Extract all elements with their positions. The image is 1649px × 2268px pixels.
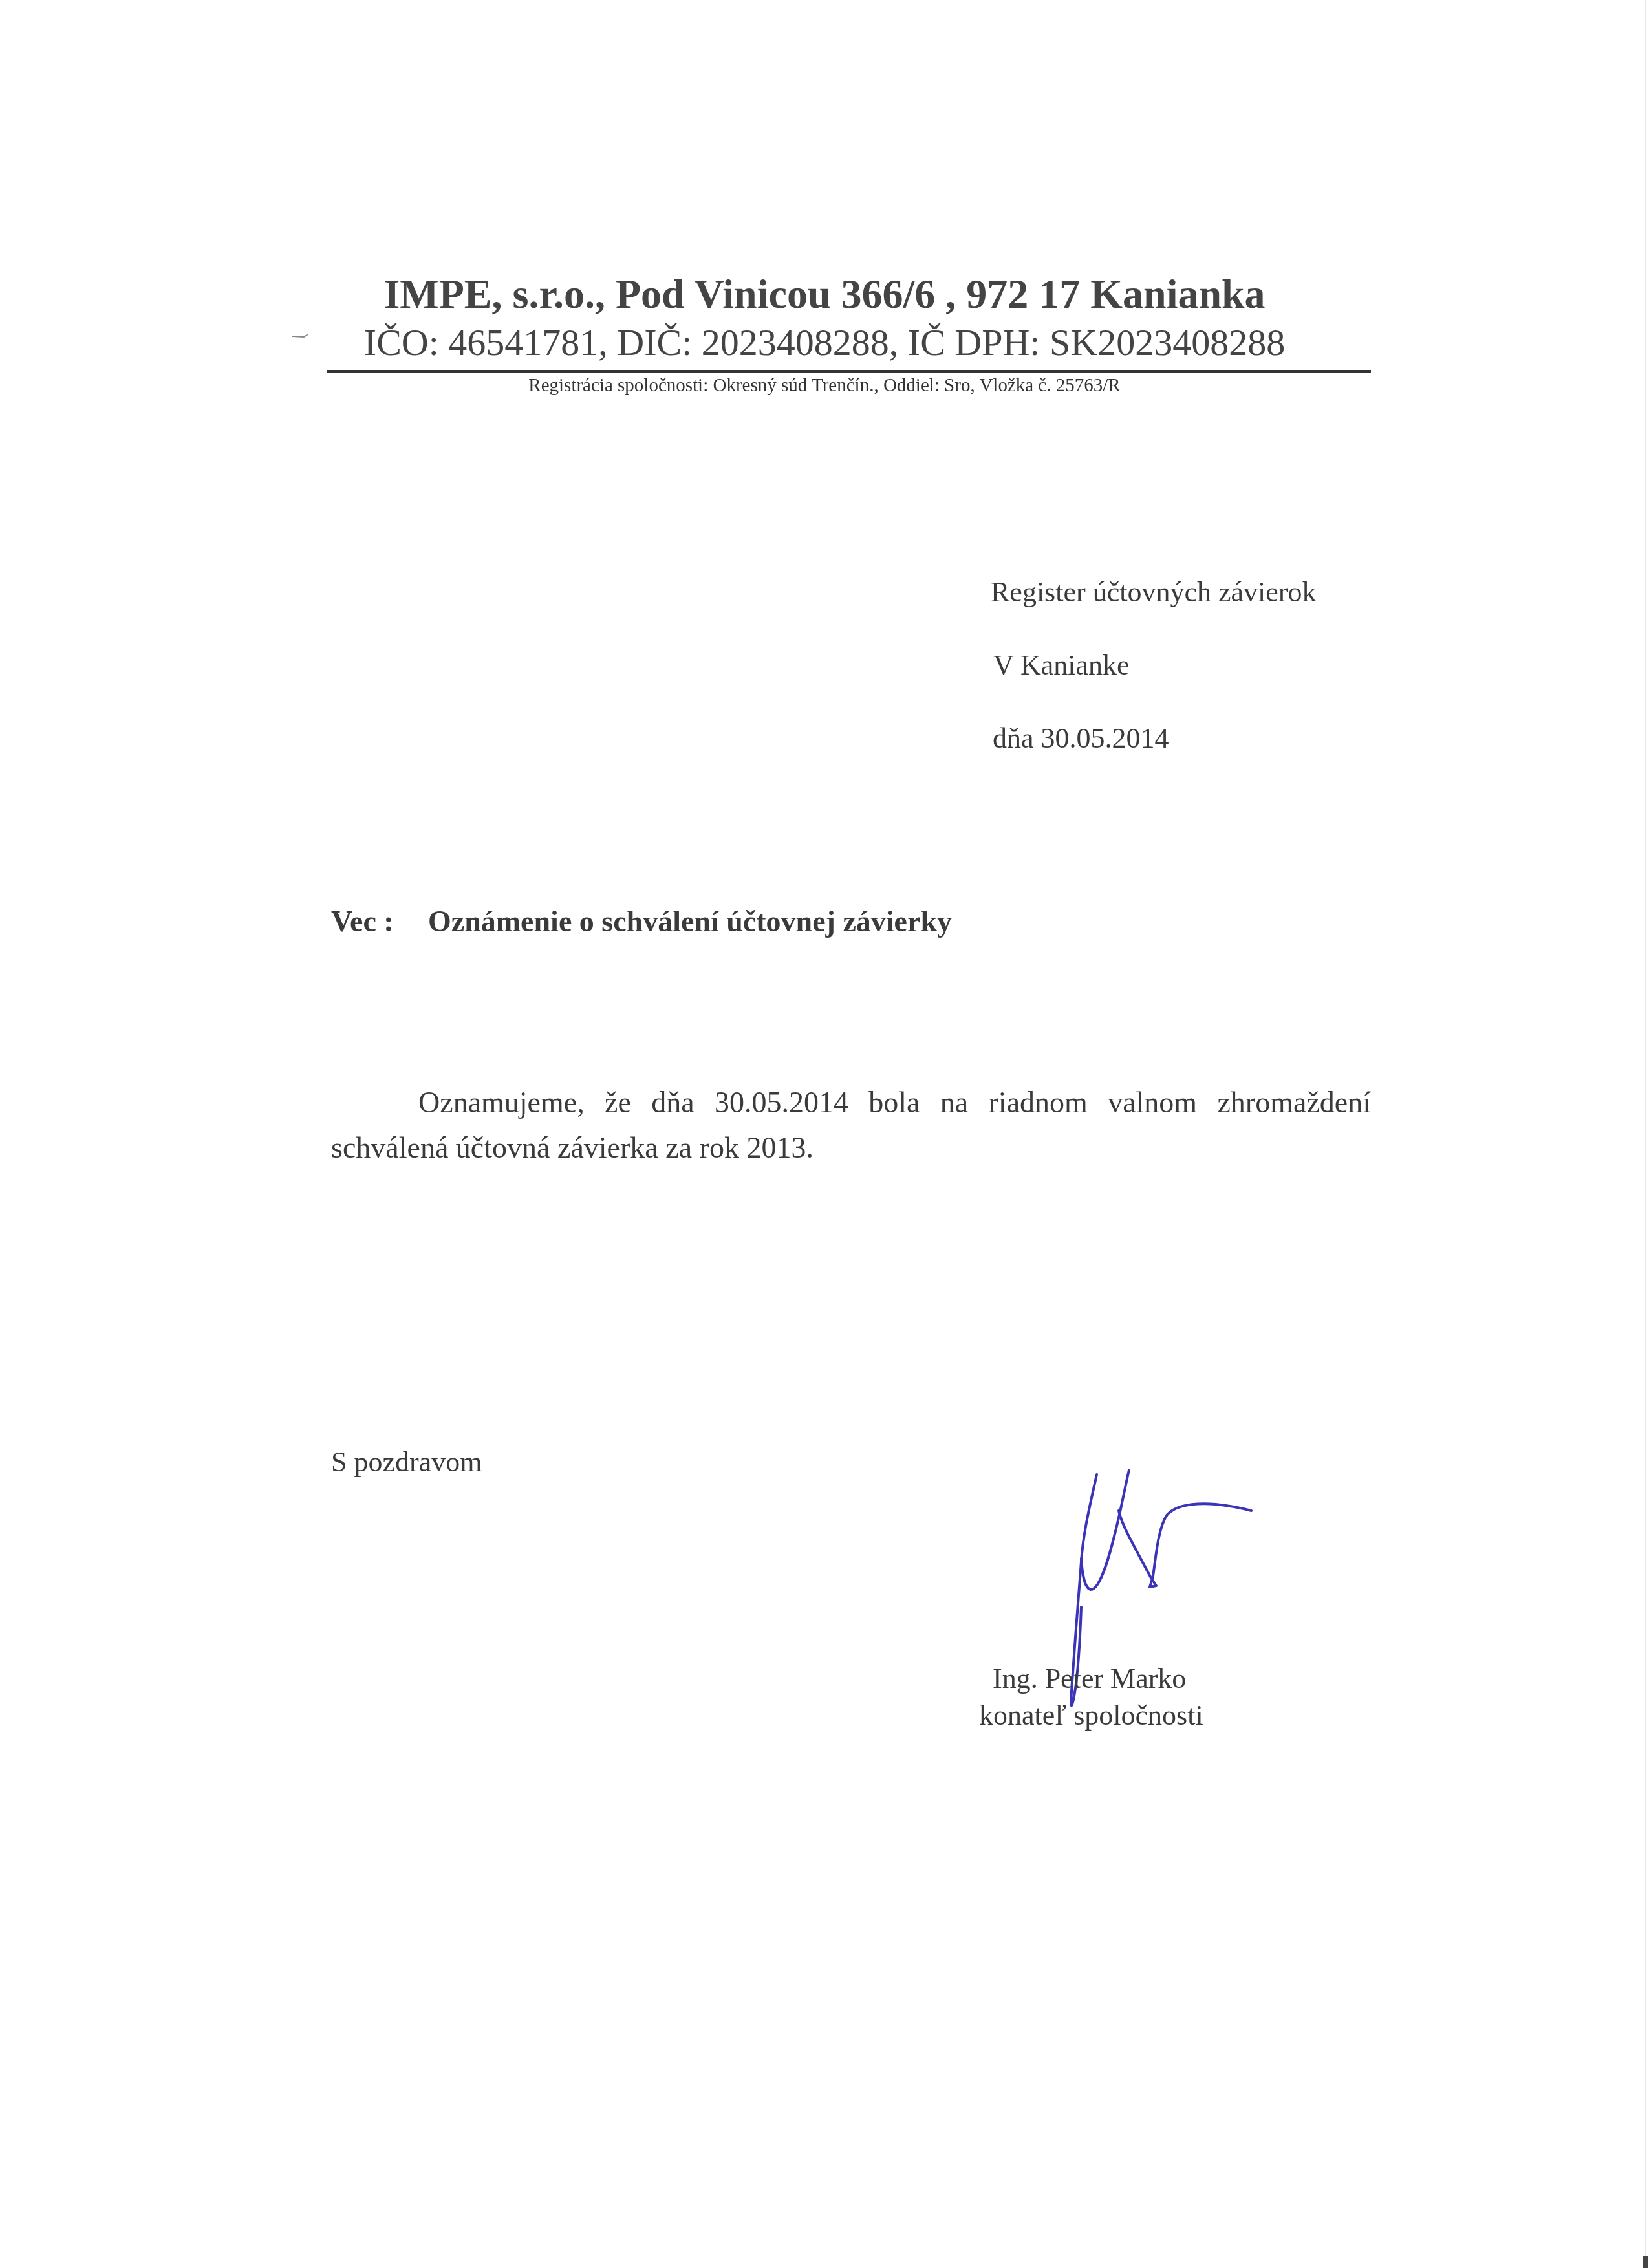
letterhead-divider	[327, 370, 1371, 373]
scan-edge-line	[1645, 0, 1646, 2268]
body-paragraph: Oznamujeme, že dňa 30.05.2014 bola na ri…	[331, 1080, 1371, 1171]
letter-date: dňa 30.05.2014	[993, 722, 1169, 755]
recipient-name: Register účtovných závierok	[991, 576, 1316, 609]
signatory-role: konateľ spoločnosti	[979, 1699, 1203, 1732]
company-registration: Registrácia spoločnosti: Okresný súd Tre…	[0, 375, 1649, 396]
company-name-address: IMPE, s.r.o., Pod Vinicou 366/6 , 972 17…	[0, 270, 1649, 318]
scan-mark-icon	[291, 333, 317, 340]
recipient-place: V Kanianke	[993, 649, 1130, 682]
subject-label: Vec :	[331, 904, 428, 938]
subject-text: Oznámenie o schválení účtovnej závierky	[428, 905, 952, 938]
signatory-name: Ing. Peter Marko	[993, 1662, 1186, 1695]
subject-line: Vec :Oznámenie o schválení účtovnej závi…	[331, 904, 952, 938]
company-identifiers: IČO: 46541781, DIČ: 2023408288, IČ DPH: …	[0, 321, 1649, 364]
scan-edge-mark	[1643, 2256, 1648, 2268]
closing-greeting: S pozdravom	[331, 1445, 482, 1478]
